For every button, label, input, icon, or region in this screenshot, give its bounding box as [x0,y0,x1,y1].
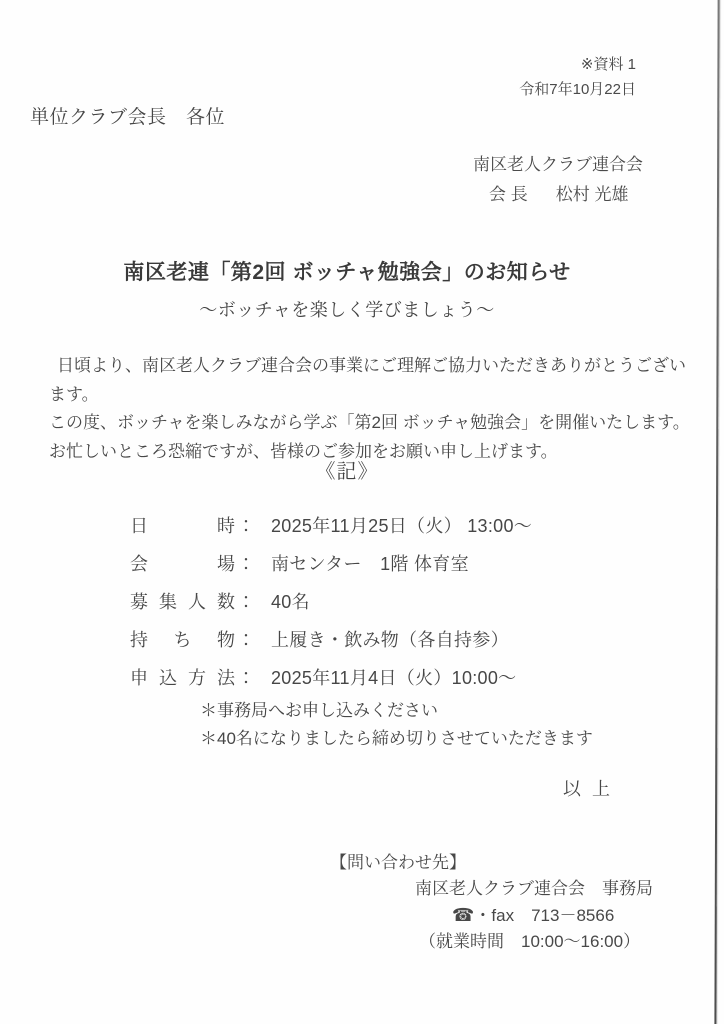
sender-title: 会 長 [489,185,528,204]
detail-colon: ： [237,630,255,650]
detail-colon: ： [237,592,255,612]
document-title: 南区老連「第2回 ボッチャ勉強会」のお知らせ [0,256,694,286]
detail-value: 南センター 1階 体育室 [271,554,469,574]
phone-icon: ☎ [452,905,474,925]
contact-org: 南区老人クラブ連合会 事務局 [415,876,724,902]
detail-value: 40名 [271,592,310,612]
detail-label: 募 集 人 数 [130,588,235,614]
body-line-1: 日頃より、南区老人クラブ連合会の事業にご理解ご協力いただきありがとうございます。 [49,352,699,409]
closing-mark: 以 上 [563,775,613,801]
detail-row-venue: 会 場：南センター 1階 体育室 [130,550,532,588]
detail-row-capacity: 募 集 人 数：40名 [130,588,532,626]
title-block: 南区老連「第2回 ボッチャ勉強会」のお知らせ ～ボッチャを楽しく学びましょう～ [0,256,694,322]
detail-label: 申 込 方 法 [130,664,235,690]
document-page: ※資料 1 令和7年10月22日 単位クラブ会長 各位 南区老人クラブ連合会 会… [0,0,724,1024]
sender-person: 会 長松村 光雄 [473,180,643,210]
sender-name: 松村 光雄 [556,185,629,204]
note-line-2: ＊40名になりましたら締め切りさせていただきます [200,725,593,753]
detail-colon: ： [237,554,255,574]
issue-date: 令和7年10月22日 [519,77,636,102]
detail-colon: ： [237,516,255,536]
reference-label: ※資料 1 [519,52,636,77]
reference-block: ※資料 1 令和7年10月22日 [519,52,636,102]
contact-block: 【問い合わせ先】 南区老人クラブ連合会 事務局 ☎・fax 713－8566 （… [0,850,724,955]
details-list: 日 時：2025年11月25日（火） 13:00～ 会 場：南センター 1階 体… [130,512,532,702]
note-line-1: ＊事務局へお申し込みください [200,697,593,725]
body-line-2: この度、ボッチャを楽しみながら学ぶ「第2回 ボッチャ勉強会」を開催いたします。 [49,409,699,438]
detail-row-datetime: 日 時：2025年11月25日（火） 13:00～ [130,512,532,550]
detail-label: 持 ち 物 [130,626,235,652]
detail-value: 2025年11月25日（火） 13:00～ [271,516,532,536]
sender-block: 南区老人クラブ連合会 会 長松村 光雄 [473,150,643,210]
detail-row-belongings: 持 ち 物：上履き・飲み物（各自持参） [130,626,532,664]
document-subtitle: ～ボッチャを楽しく学びましょう～ [0,296,694,322]
contact-phone-number: ・fax 713－8566 [474,906,614,925]
detail-label: 日 時 [130,512,235,538]
notes-block: ＊事務局へお申し込みください ＊40名になりましたら締め切りさせていただきます [200,697,593,753]
detail-colon: ： [237,668,255,688]
detail-value: 2025年11月4日（火）10:00～ [271,668,516,688]
recipient-line: 単位クラブ会長 各位 [30,102,225,129]
contact-phone-line: ☎・fax 713－8566 [452,902,724,929]
contact-heading: 【問い合わせ先】 [330,850,724,876]
greeting-paragraph: 日頃より、南区老人クラブ連合会の事業にご理解ご協力いただきありがとうございます。… [49,352,699,466]
detail-label: 会 場 [130,550,235,576]
sender-org: 南区老人クラブ連合会 [473,150,643,180]
record-marker: 《記》 [0,455,694,484]
detail-value: 上履き・飲み物（各自持参） [271,630,509,650]
contact-hours: （就業時間 10:00～16:00） [419,929,724,955]
